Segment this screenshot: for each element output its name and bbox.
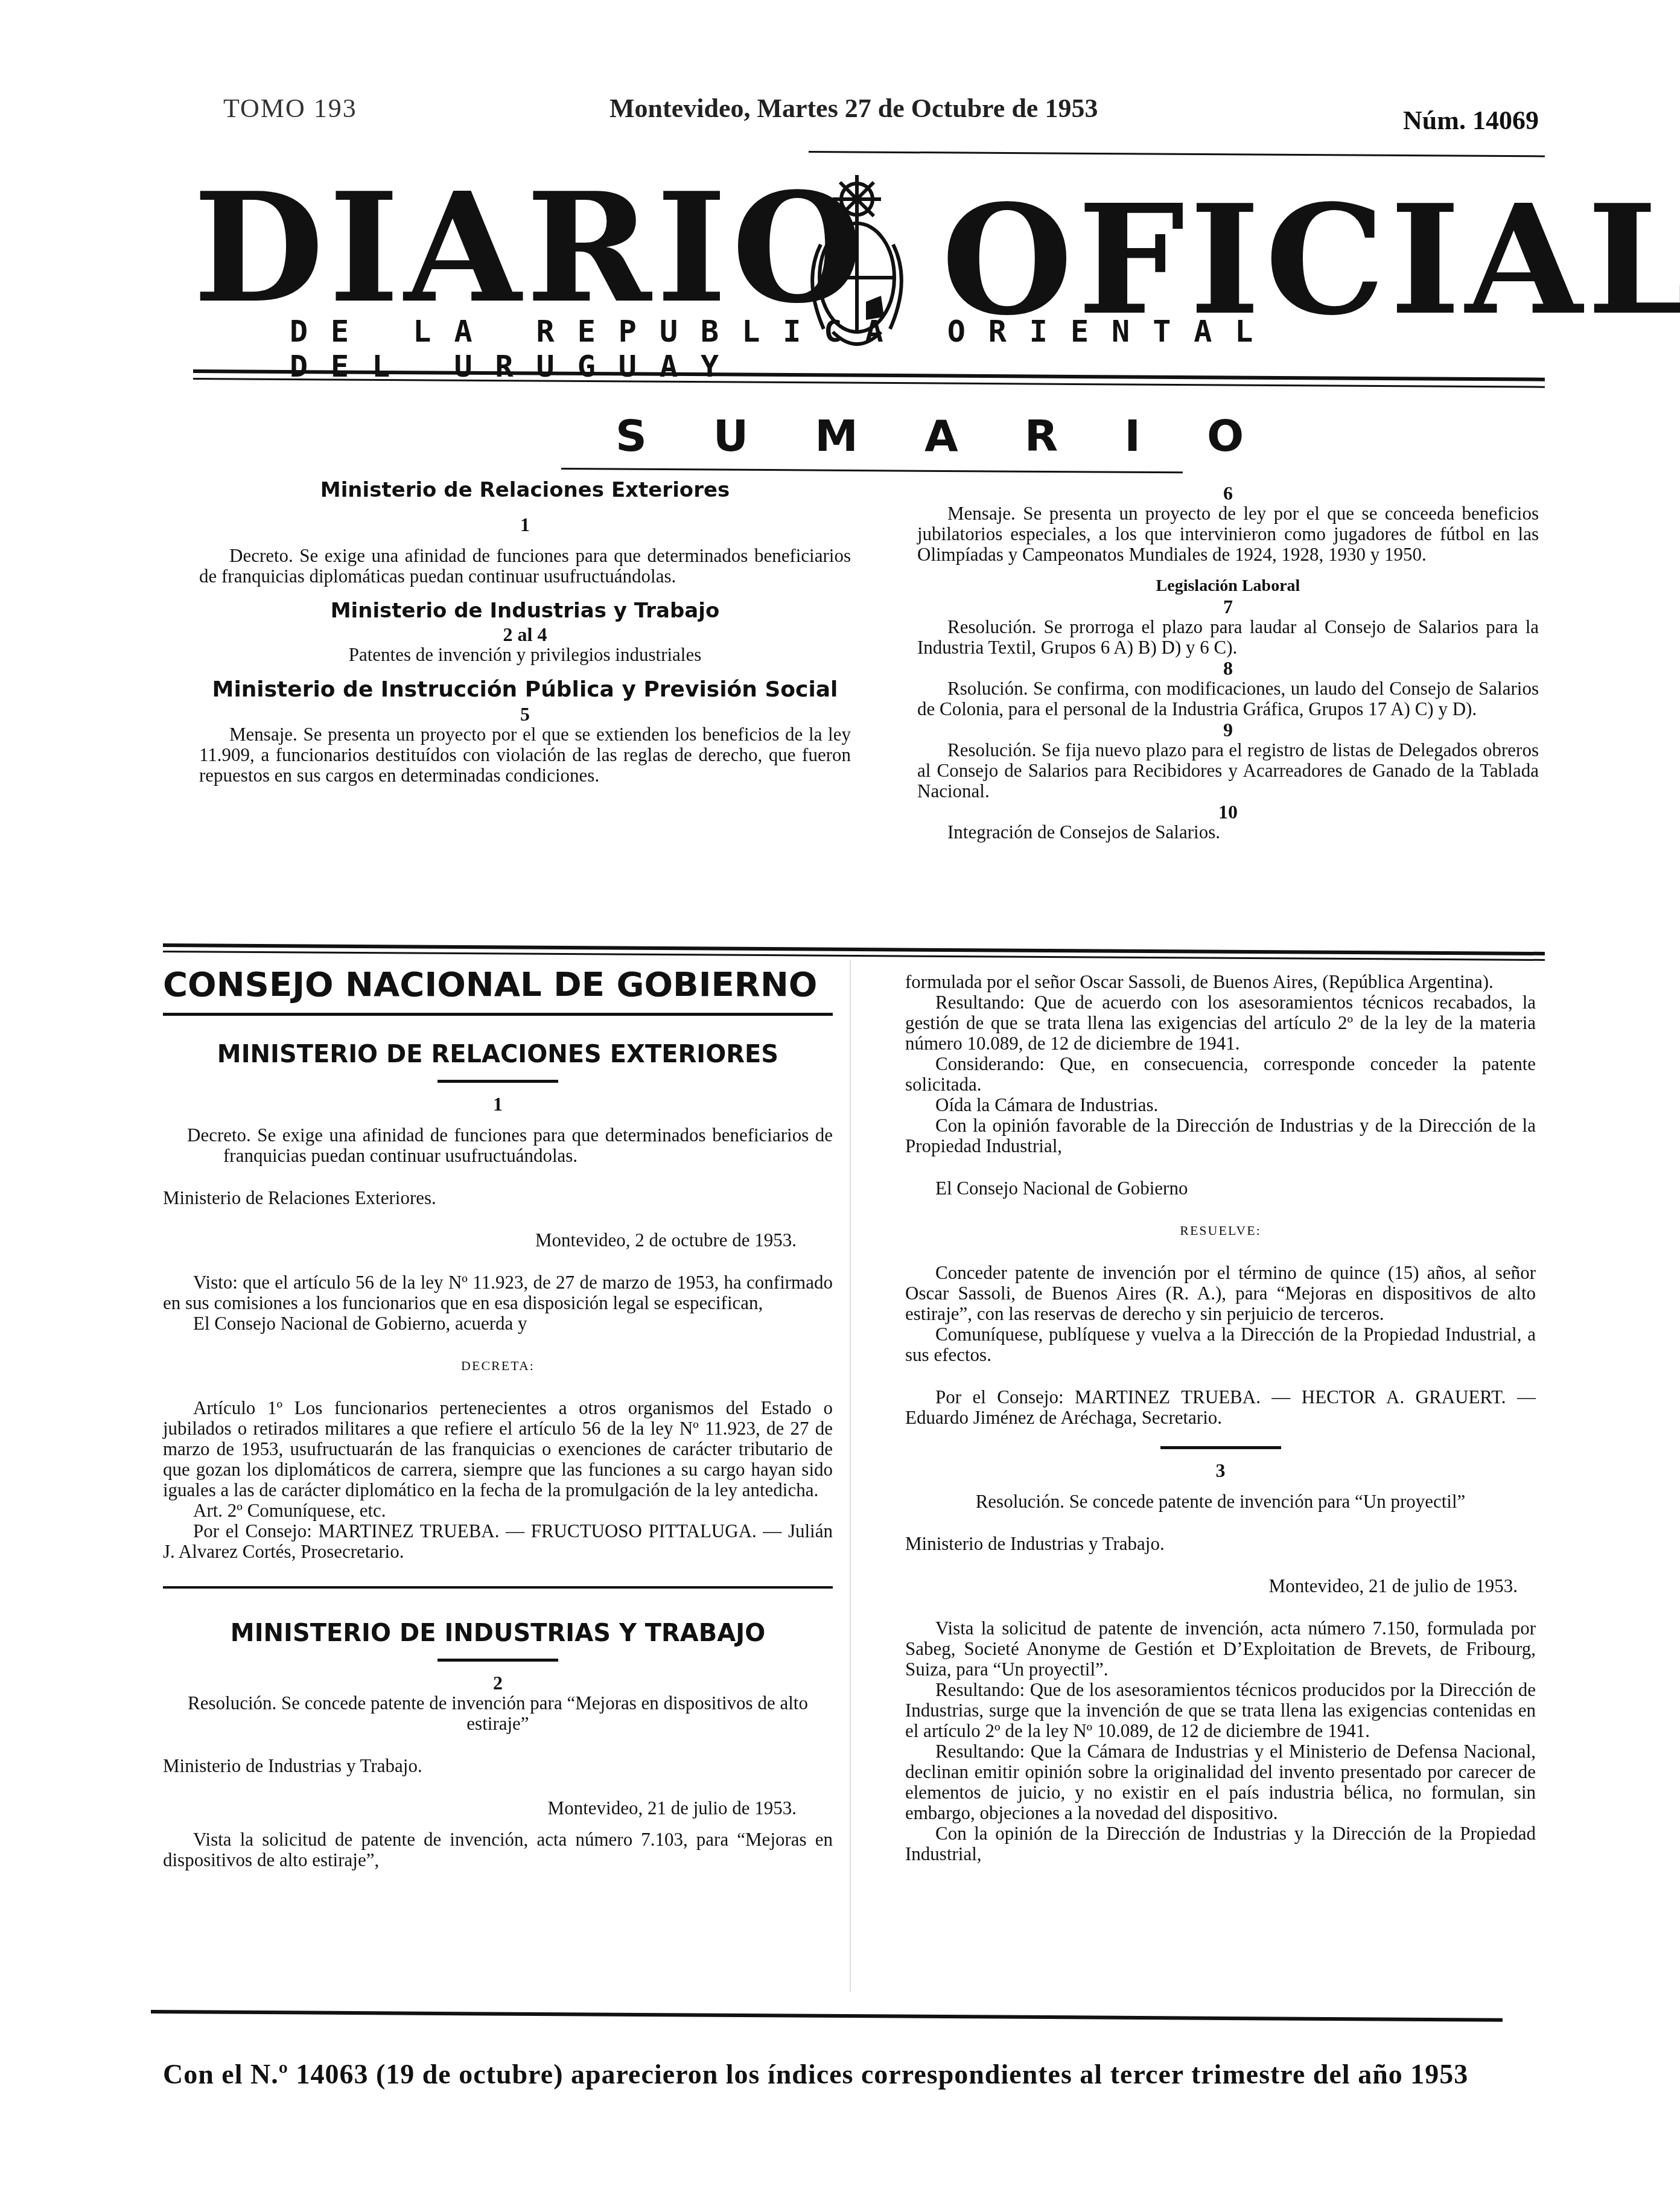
issue-dateline: Montevideo, Martes 27 de Octubre de 1953: [609, 93, 1098, 124]
article-paragraph: Artículo 1º Los funcionarios pertenecien…: [163, 1398, 833, 1500]
footer-rule: [151, 2010, 1503, 2022]
item-date: Montevideo, 2 de octubre de 1953.: [163, 1230, 833, 1251]
summary-item-text: Resolución. Se prorroga el plazo para la…: [917, 617, 1539, 658]
signature-paragraph: Por el Consejo: MARTINEZ TRUEBA. — FRUCT…: [163, 1521, 833, 1562]
summary-item-number: 9: [917, 719, 1539, 740]
summary-item-text: Integración de Consejos de Salarios.: [917, 822, 1539, 843]
item-paragraph: Con la opinión de la Dirección de Indust…: [905, 1823, 1536, 1864]
summary-item-number: 5: [199, 704, 851, 724]
summary-item-text: Mensaje. Se presenta un proyecto por el …: [199, 724, 851, 786]
section-title: CONSEJO NACIONAL DE GOBIERNO: [163, 966, 833, 1004]
summary-item-number: 7: [917, 596, 1539, 617]
item-heading: Resolución. Se concede patente de invenc…: [163, 1693, 833, 1734]
summary-ministry: Ministerio de Relaciones Exteriores: [199, 477, 851, 503]
summary-left-column: Ministerio de Relaciones Exteriores 1 De…: [199, 477, 851, 786]
column-divider: [850, 960, 851, 1992]
masthead-word-diario: DIARIO: [193, 172, 868, 323]
body-left-column: CONSEJO NACIONAL DE GOBIERNO MINISTERIO …: [163, 966, 833, 1870]
item-paragraph: formulada por el señor Oscar Sassoli, de…: [905, 972, 1536, 992]
ministry-rule: [437, 1080, 558, 1083]
summary-subheading: Legislación Laboral: [917, 576, 1539, 596]
item-origin: Ministerio de Industrias y Trabajo.: [905, 1534, 1536, 1554]
summary-item-text: Resolución. Se fija nuevo plazo para el …: [917, 740, 1539, 802]
issue-number: Núm. 14069: [1403, 105, 1539, 136]
item-paragraph: Resultando: Que de los asesoramientos té…: [905, 1680, 1536, 1741]
item-paragraph: Con la opinión favorable de la Dirección…: [905, 1115, 1536, 1156]
item-number: 1: [163, 1094, 833, 1114]
summary-item-number: 2 al 4: [199, 624, 851, 645]
item-heading: Resolución. Se concede patente de invenc…: [905, 1491, 1536, 1512]
item-paragraph: Vista la solicitud de patente de invenci…: [163, 1829, 833, 1870]
summary-item-number: 10: [917, 802, 1539, 822]
summary-item-text: Decreto. Se exige una afinidad de funcio…: [199, 546, 851, 587]
section-title-rule: [163, 1013, 833, 1016]
item-paragraph: Resultando: Que la Cámara de Industrias …: [905, 1741, 1536, 1823]
ministry-heading: MINISTERIO DE RELACIONES EXTERIORES: [163, 1040, 833, 1069]
body-right-column: formulada por el señor Oscar Sassoli, de…: [905, 972, 1536, 1864]
item-date: Montevideo, 21 de julio de 1953.: [905, 1576, 1536, 1596]
footer-notice: Con el N.º 14063 (19 de octubre) apareci…: [163, 2058, 1551, 2090]
summary-title-rule: [561, 468, 1183, 473]
decreta-label: DECRETA:: [163, 1356, 833, 1376]
resolution-paragraph: Conceder patente de invención por el tér…: [905, 1263, 1536, 1324]
ministry-divider: [163, 1586, 833, 1589]
summary-title: SUMARIO: [616, 410, 1183, 461]
ministry-heading: MINISTERIO DE INDUSTRIAS Y TRABAJO: [163, 1619, 833, 1648]
item-paragraph: Considerando: Que, en consecuencia, corr…: [905, 1054, 1536, 1095]
item-paragraph: Vista la solicitud de patente de invenci…: [905, 1618, 1536, 1680]
resuelve-label: RESUELVE:: [905, 1220, 1536, 1241]
item-number: 2: [163, 1672, 833, 1693]
summary-item-text: Rsolución. Se confirma, con modificacion…: [917, 678, 1539, 719]
item-paragraph: El Consejo Nacional de Gobierno, acuerda…: [163, 1313, 833, 1334]
item-origin: Ministerio de Relaciones Exteriores.: [163, 1188, 833, 1208]
masthead-word-oficial: OFICIAL: [941, 184, 1680, 335]
item-origin: Ministerio de Industrias y Trabajo.: [163, 1756, 833, 1776]
summary-right-column: 6 Mensaje. Se presenta un proyecto de le…: [917, 483, 1539, 843]
issue-info-bar: TOMO 193 Montevideo, Martes 27 de Octubr…: [181, 91, 1539, 133]
summary-item-text: Mensaje. Se presenta un proyecto de ley …: [917, 503, 1539, 565]
item-divider: [1160, 1446, 1281, 1449]
item-heading: Decreto. Se exige una afinidad de funcio…: [163, 1125, 833, 1166]
header-rule: [809, 151, 1545, 157]
article-paragraph: Art. 2º Comuníquese, etc.: [163, 1500, 833, 1521]
item-paragraph: Oída la Cámara de Industrias.: [905, 1095, 1536, 1115]
item-date: Montevideo, 21 de julio de 1953.: [163, 1798, 833, 1819]
resolution-paragraph: Comuníquese, publíquese y vuelva a la Di…: [905, 1324, 1536, 1365]
summary-ministry: Ministerio de Industrias y Trabajo: [199, 598, 851, 624]
item-paragraph: Visto: que el artículo 56 de la ley Nº 1…: [163, 1272, 833, 1313]
item-number: 3: [905, 1460, 1536, 1481]
item-paragraph: El Consejo Nacional de Gobierno: [905, 1178, 1536, 1199]
volume-number: TOMO 193: [223, 93, 357, 124]
signature-paragraph: Por el Consejo: MARTINEZ TRUEBA. — HECTO…: [905, 1387, 1536, 1428]
ministry-rule: [437, 1659, 558, 1662]
summary-item-number: 8: [917, 658, 1539, 678]
summary-ministry: Ministerio de Instrucción Pública y Prev…: [199, 676, 851, 704]
summary-item-text: Patentes de invención y privilegios indu…: [199, 645, 851, 665]
summary-item-number: 6: [917, 483, 1539, 503]
summary-item-number: 1: [199, 514, 851, 535]
item-paragraph: Resultando: Que de acuerdo con los aseso…: [905, 992, 1536, 1054]
